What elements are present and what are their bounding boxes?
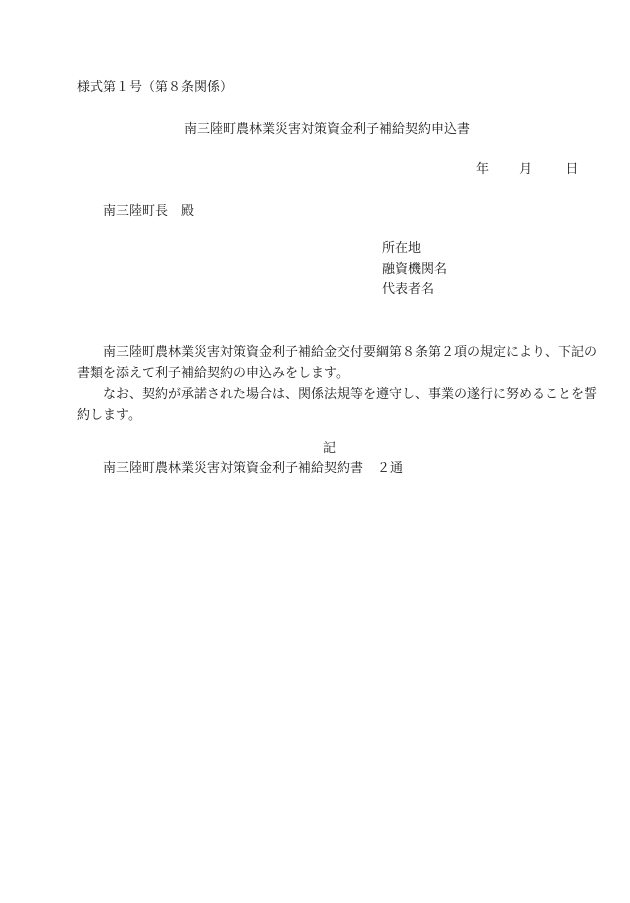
field-representative-label: 代表者名 — [382, 283, 447, 304]
date-year-label: 年 — [476, 163, 489, 176]
ki-heading: 記 — [323, 442, 336, 455]
attachment-count: ２通 — [377, 461, 403, 476]
addressee: 南三陸町長殿 — [103, 205, 194, 218]
date-month-label: 月 — [519, 163, 532, 176]
date-day-label: 日 — [565, 163, 578, 176]
date-line: 年 月 日 — [476, 163, 578, 176]
attachment-name: 南三陸町農林業災害対策資金利子補給契約書 — [103, 461, 363, 476]
field-institution-label: 融資機関名 — [382, 263, 447, 284]
addressee-name: 南三陸町長 — [103, 204, 168, 219]
body-text: 南三陸町農林業災害対策資金利子補給金交付要綱第８条第２項の規定により、下記の書類… — [77, 342, 597, 426]
form-number: 様式第１号（第８条関係） — [77, 81, 233, 94]
field-address-label: 所在地 — [382, 242, 447, 263]
body-paragraph-application: 南三陸町農林業災害対策資金利子補給金交付要綱第８条第２項の規定により、下記の書類… — [77, 342, 597, 384]
document-title: 南三陸町農林業災害対策資金利子補給契約申込書 — [184, 123, 470, 136]
body-paragraph-pledge: なお、契約が承諾された場合は、関係法規等を遵守し、事業の遂行に努めることを誓約し… — [77, 384, 597, 426]
attachment-item: 南三陸町農林業災害対策資金利子補給契約書２通 — [103, 462, 403, 475]
applicant-fields: 所在地 融資機関名 代表者名 — [382, 242, 447, 304]
addressee-honorific: 殿 — [181, 204, 194, 219]
